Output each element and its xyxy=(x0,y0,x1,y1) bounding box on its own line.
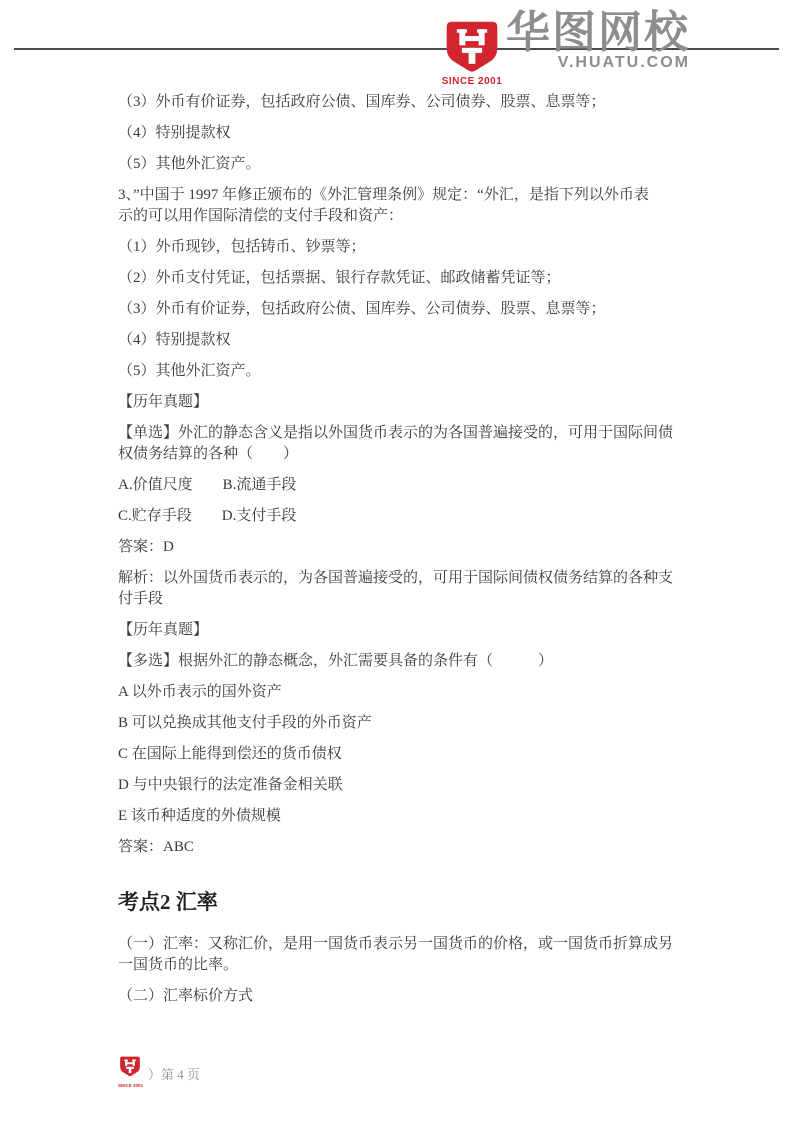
huatu-logo: SINCE 2001 xyxy=(441,20,503,87)
list-item: （5）其他外汇资产。 xyxy=(118,154,718,175)
option-line: D 与中央银行的法定准备金相关联 xyxy=(118,775,718,796)
footer-since-label: SINCE 2001 xyxy=(118,1083,142,1088)
huatu-shield-icon xyxy=(441,20,503,74)
list-item: （4）特别提款权 xyxy=(118,330,718,351)
paragraph: 3、”中国于 1997 年修正颁布的《外汇管理条例》规定：“外汇，是指下列以外币… xyxy=(118,185,718,227)
exam-tag: 【历年真题】 xyxy=(118,392,718,413)
huatu-shield-icon xyxy=(119,1064,141,1081)
brand-block: 华图网校 V.HUATU.COM xyxy=(506,10,690,72)
huatu-logo-small: SINCE 2001 xyxy=(118,1056,142,1088)
option-line: E 该币种适度的外债规模 xyxy=(118,806,718,827)
list-item: （2）外币支付凭证，包括票据、银行存款凭证、邮政储蓄凭证等； xyxy=(118,268,718,289)
answer-line: 答案：D xyxy=(118,537,718,558)
options-row: C.贮存手段 D.支付手段 xyxy=(118,506,718,527)
option-line: A 以外币表示的国外资产 xyxy=(118,682,718,703)
answer-line: 答案：ABC xyxy=(118,837,718,858)
paragraph: （一）汇率：又称汇价，是用一国货币表示另一国货币的价格，或一国货币折算成另 一国… xyxy=(118,934,718,976)
question-multi-choice: 【多选】根据外汇的静态概念，外汇需要具备的条件有（ ） xyxy=(118,651,718,672)
option-line: B 可以兑换成其他支付手段的外币资产 xyxy=(118,713,718,734)
section-heading: 考点2 汇率 xyxy=(118,888,718,916)
document-page: SINCE 2001 华图网校 V.HUATU.COM （3）外币有价证券，包括… xyxy=(0,0,793,1122)
question-single-choice: 【单选】外汇的静态含义是指以外国货币表示的为各国普遍接受的，可用于国际间债 权债… xyxy=(118,423,718,465)
list-item: （1）外币现钞，包括铸币、钞票等； xyxy=(118,237,718,258)
brand-name: 华图网校 xyxy=(506,10,690,56)
list-item: （3）外币有价证券，包括政府公债、国库券、公司债券、股票、息票等； xyxy=(118,92,718,113)
paragraph: （二）汇率标价方式 xyxy=(118,986,718,1007)
options-row: A.价值尺度 B.流通手段 xyxy=(118,475,718,496)
logo-since-label: SINCE 2001 xyxy=(441,76,503,87)
list-item: （4）特别提款权 xyxy=(118,123,718,144)
option-line: C 在国际上能得到偿还的货币债权 xyxy=(118,744,718,765)
list-item: （3）外币有价证券，包括政府公债、国库券、公司债券、股票、息票等； xyxy=(118,299,718,320)
exam-tag: 【历年真题】 xyxy=(118,620,718,641)
document-content: （3）外币有价证券，包括政府公债、国库券、公司债券、股票、息票等； （4）特别提… xyxy=(118,92,718,1017)
analysis-line: 解析：以外国货币表示的，为各国普遍接受的，可用于国际间债权债务结算的各种支 付手… xyxy=(118,568,718,610)
list-item: （5）其他外汇资产。 xyxy=(118,361,718,382)
page-footer: SINCE 2001 ）第 4 页 xyxy=(118,1056,200,1088)
page-number: ）第 4 页 xyxy=(148,1062,200,1083)
